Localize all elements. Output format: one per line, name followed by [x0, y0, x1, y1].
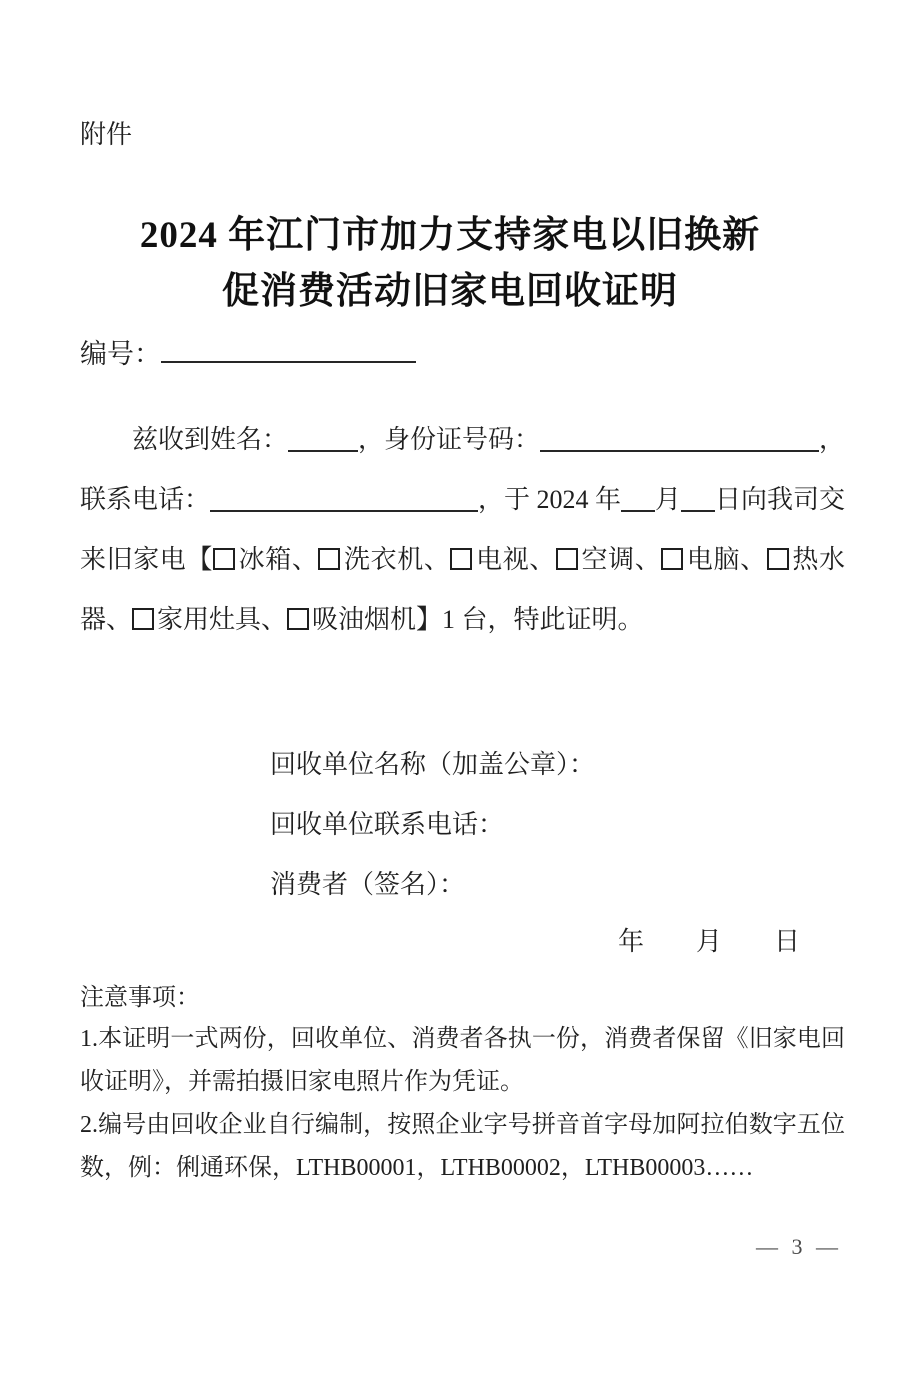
note-1-line-1: 1.本证明一式两份，回收单位、消费者各执一份，消费者保留《旧家电回 [80, 1018, 845, 1061]
text-segment: 器、 [80, 605, 132, 634]
title-line-2: 促消费活动旧家电回收证明 [0, 264, 900, 320]
checkbox-icon [213, 548, 235, 570]
document-page: 附件 2024 年江门市加力支持家电以旧换新 促消费活动旧家电回收证明 编号： … [0, 0, 900, 1373]
blank-underline [288, 410, 358, 452]
text-segment: 洗衣机、 [343, 545, 450, 574]
text-segment: 联系电话： [80, 470, 210, 530]
body-line-4: 器、家用灶具、吸油烟机】1 台，特此证明。 [80, 590, 845, 650]
blank-underline [621, 470, 655, 512]
body-line-1: 兹收到姓名：，身份证号码：， [80, 410, 845, 470]
serial-label: 编号： [80, 339, 161, 369]
text-segment: ，于 2024 年 [478, 470, 621, 530]
document-title: 2024 年江门市加力支持家电以旧换新 促消费活动旧家电回收证明 [0, 208, 900, 320]
signature-block: 回收单位名称（加盖公章）： 回收单位联系电话： 消费者（签名）： [270, 735, 595, 915]
checkbox-icon [556, 548, 578, 570]
body-line-3: 来旧家电【冰箱、洗衣机、电视、空调、电脑、热水 [80, 530, 845, 590]
unit-phone-label: 回收单位联系电话： [270, 795, 595, 855]
checkbox-icon [450, 548, 472, 570]
unit-name-label: 回收单位名称（加盖公章）： [270, 735, 595, 795]
title-line-1: 2024 年江门市加力支持家电以旧换新 [0, 208, 900, 264]
checkbox-icon [661, 548, 683, 570]
text-segment: 来旧家电【 [80, 545, 213, 574]
page-number: — 3 — [756, 1232, 842, 1262]
text-segment: 电脑、 [686, 545, 766, 574]
checkbox-icon [287, 608, 309, 630]
text-segment: 空调、 [581, 545, 661, 574]
checkbox-icon [318, 548, 340, 570]
checkbox-icon [767, 548, 789, 570]
serial-blank-underline [161, 337, 416, 363]
body-line-2: 联系电话：，于 2024 年月日向我司交 [80, 470, 845, 530]
text-segment: 兹收到姓名： [132, 410, 288, 470]
blank-underline [210, 470, 478, 512]
notes-section: 注意事项： 1.本证明一式两份，回收单位、消费者各执一份，消费者保留《旧家电回 … [80, 978, 845, 1190]
text-segment: ，身份证号码： [358, 410, 540, 470]
text-segment: 家用灶具、 [157, 605, 287, 634]
text-segment: 电视、 [475, 545, 555, 574]
body-paragraph: 兹收到姓名：，身份证号码：， 联系电话：，于 2024 年月日向我司交 来旧家电… [80, 410, 845, 650]
notes-heading: 注意事项： [80, 978, 845, 1018]
blank-underline [681, 470, 715, 512]
text-segment: 月 [655, 470, 681, 530]
attachment-label: 附件 [80, 118, 132, 152]
note-1-line-2: 收证明》，并需拍摄旧家电照片作为凭证。 [80, 1061, 845, 1104]
text-segment: 热水 [792, 545, 845, 574]
consumer-sign-label: 消费者（签名）： [270, 855, 595, 915]
checkbox-icon [132, 608, 154, 630]
serial-number-row: 编号： [80, 332, 416, 376]
text-segment: 日向我司交 [715, 470, 845, 530]
text-segment: 冰箱、 [238, 545, 318, 574]
date-line: 年 月 日 [0, 922, 900, 962]
note-2-line-2: 数，例：俐通环保，LTHB00001，LTHB00002，LTHB00003…… [80, 1147, 845, 1190]
text-segment: 吸油烟机】1 台，特此证明。 [312, 605, 644, 634]
note-2-line-1: 2.编号由回收企业自行编制，按照企业字号拼音首字母加阿拉伯数字五位 [80, 1104, 845, 1147]
text-segment: ， [819, 410, 845, 470]
blank-underline [540, 410, 819, 452]
